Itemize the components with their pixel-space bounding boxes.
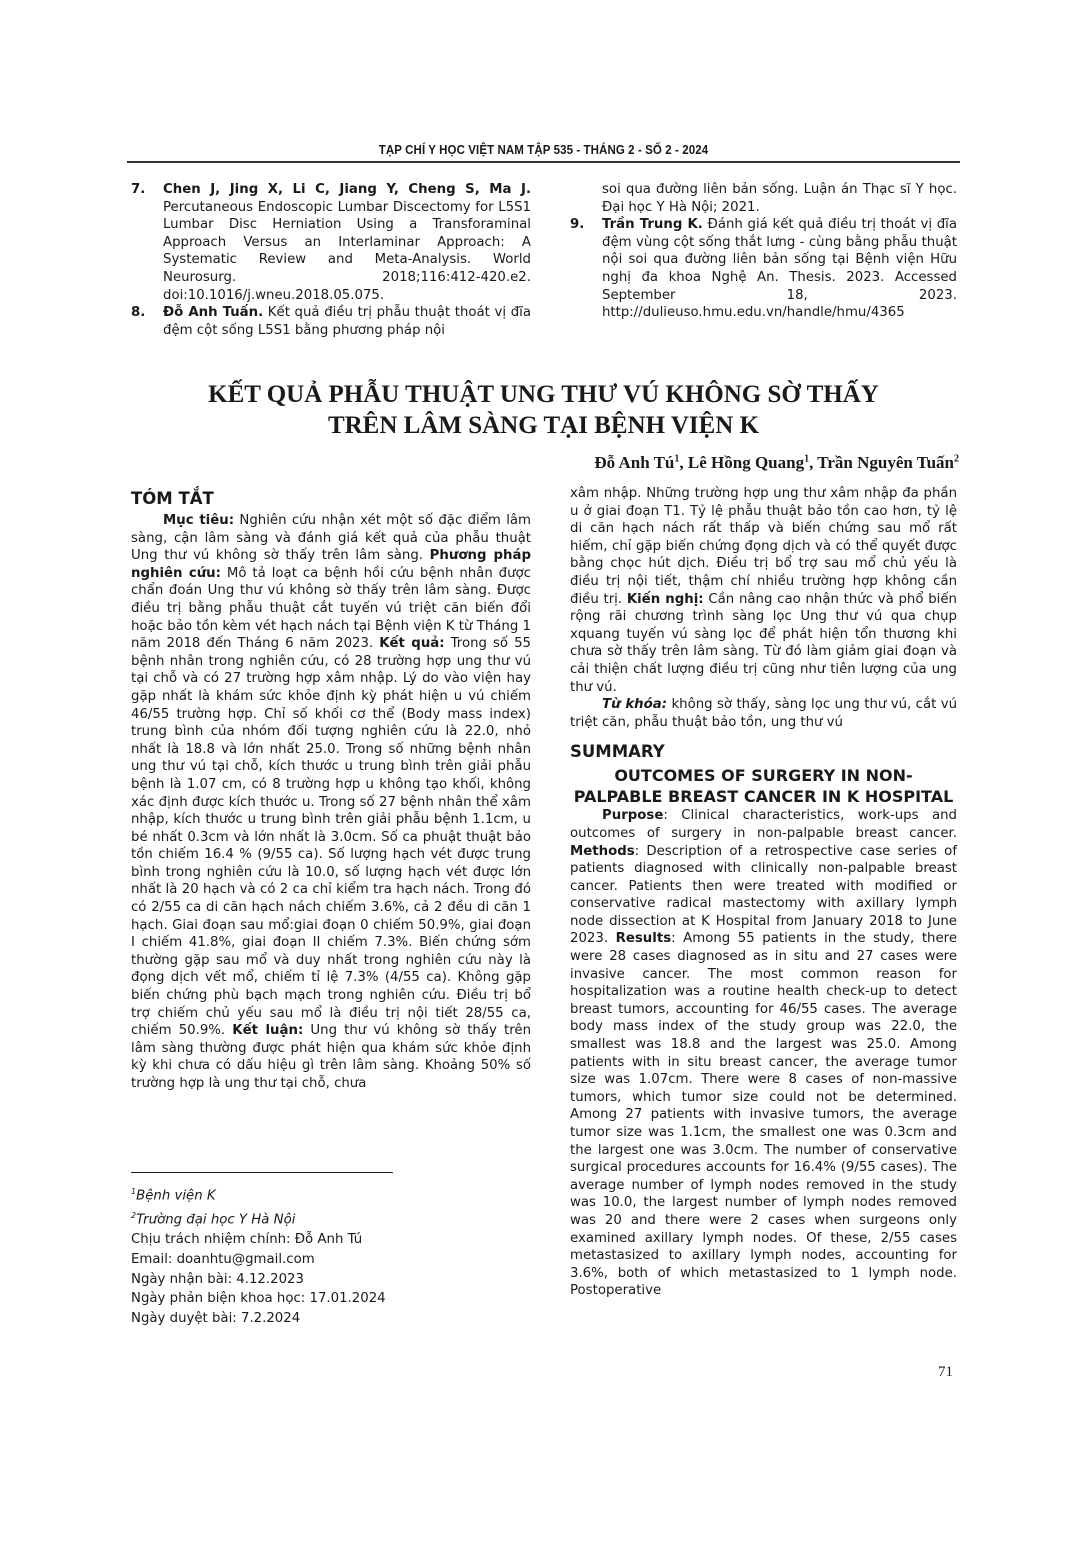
summary-title-line2: PALPABLE BREAST CANCER IN K HOSPITAL <box>570 786 957 807</box>
abstract-heading: TÓM TẮT <box>131 488 531 510</box>
author-affiliation: 2 <box>954 453 959 464</box>
reference-number: 8. <box>131 304 163 339</box>
reference-body: Đỗ Anh Tuấn. Kết quả điều trị phẫu thuật… <box>163 304 531 339</box>
recommendation-text: Cần nâng cao nhận thức và phổ biến rộng … <box>570 592 957 695</box>
affiliation-text: Trường đại học Y Hà Nội <box>136 1213 295 1228</box>
affiliation-2: 2Trường đại học Y Hà Nội <box>131 1206 386 1230</box>
summary-paragraph: Purpose: Clinical characteristics, work-… <box>570 807 957 1300</box>
reference-item: 8. Đỗ Anh Tuấn. Kết quả điều trị phẫu th… <box>131 304 531 339</box>
results-label-en: Results <box>616 931 671 946</box>
author-name: Trần Nguyên Tuấn <box>817 453 954 472</box>
header-rule <box>127 161 960 163</box>
abstract-right: xâm nhập. Những trường hợp ung thư xâm n… <box>570 485 957 1300</box>
abstract-paragraph: Mục tiêu: Nghiên cứu nhận xét một số đặc… <box>131 512 531 1093</box>
author-affiliation: 1 <box>804 453 809 464</box>
journal-header: TẠP CHÍ Y HỌC VIỆT NAM TẬP 535 - THÁNG 2… <box>160 143 926 157</box>
conclusion-label: Kết luận: <box>232 1023 303 1038</box>
affiliation-text: Bệnh viện K <box>136 1188 216 1203</box>
results-text: Trong số 55 bệnh nhân trong nghiên cứu, … <box>131 636 531 1038</box>
purpose-label: Purpose <box>602 808 663 823</box>
email[interactable]: Email: doanhtu@gmail.com <box>131 1250 386 1270</box>
results-label: Kết quả: <box>379 636 444 651</box>
abstract-continuation: xâm nhập. Những trường hợp ung thư xâm n… <box>570 485 957 696</box>
reference-authors: Đỗ Anh Tuấn. <box>163 305 263 320</box>
reference-number: 9. <box>570 216 602 322</box>
objective-label: Mục tiêu: <box>163 513 234 528</box>
page-number: 71 <box>938 1364 953 1381</box>
date-reviewed: Ngày phản biện khoa học: 17.01.2024 <box>131 1289 386 1309</box>
summary-heading: SUMMARY <box>570 741 957 763</box>
summary-title-line1: OUTCOMES OF SURGERY IN NON- <box>570 765 957 786</box>
references-left: 7. Chen J, Jing X, Li C, Jiang Y, Cheng … <box>131 181 531 339</box>
reference-number: 7. <box>131 181 163 304</box>
recommendation-label: Kiến nghị: <box>627 592 704 607</box>
reference-text: Đánh giá kết quả điều trị thoát vị đĩa đ… <box>602 217 957 320</box>
reference-authors: Chen J, Jing X, Li C, Jiang Y, Cheng S, … <box>163 182 531 197</box>
reference-item: 7. Chen J, Jing X, Li C, Jiang Y, Cheng … <box>131 181 531 304</box>
date-received: Ngày nhận bài: 4.12.2023 <box>131 1270 386 1290</box>
results-text-en: : Among 55 patients in the study, there … <box>570 931 957 1298</box>
footnote-rule <box>131 1172 393 1173</box>
abstract-vi-left: TÓM TẮT Mục tiêu: Nghiên cứu nhận xét mộ… <box>131 488 531 1093</box>
reference-text: Percutaneous Endoscopic Lumbar Discectom… <box>163 200 531 303</box>
affiliation-1: 1Bệnh viện K <box>131 1182 386 1206</box>
reference-authors: Trần Trung K. <box>602 217 703 232</box>
article-title: KẾT QUẢ PHẪU THUẬT UNG THƯ VÚ KHÔNG SỜ T… <box>127 379 960 441</box>
methods-label-en: Methods <box>570 844 635 859</box>
reference-continuation: soi qua đường liên bản sống. Luận án Thạ… <box>570 181 957 216</box>
corresponding-author: Chịu trách nhiệm chính: Đỗ Anh Tú <box>131 1230 386 1250</box>
reference-body: Chen J, Jing X, Li C, Jiang Y, Cheng S, … <box>163 181 531 304</box>
author-name: Đỗ Anh Tú <box>594 453 674 472</box>
summary-title: OUTCOMES OF SURGERY IN NON- PALPABLE BRE… <box>570 765 957 807</box>
keywords: Từ khóa: không sờ thấy, sàng lọc ung thư… <box>570 696 957 731</box>
conclusion-continuation: xâm nhập. Những trường hợp ung thư xâm n… <box>570 486 957 607</box>
reference-body: Trần Trung K. Đánh giá kết quả điều trị … <box>602 216 957 322</box>
date-accepted: Ngày duyệt bài: 7.2.2024 <box>131 1309 386 1329</box>
article-title-line2: TRÊN LÂM SÀNG TẠI BỆNH VIỆN K <box>127 410 960 441</box>
keywords-label: Từ khóa: <box>602 697 667 712</box>
article-authors: Đỗ Anh Tú1, Lê Hồng Quang1, Trần Nguyên … <box>594 453 959 473</box>
article-title-line1: KẾT QUẢ PHẪU THUẬT UNG THƯ VÚ KHÔNG SỜ T… <box>127 379 960 410</box>
footnotes: 1Bệnh viện K 2Trường đại học Y Hà Nội Ch… <box>131 1182 386 1329</box>
reference-item: 9. Trần Trung K. Đánh giá kết quả điều t… <box>570 216 957 322</box>
author-name: Lê Hồng Quang <box>688 453 804 472</box>
author-affiliation: 1 <box>674 453 679 464</box>
references-right: soi qua đường liên bản sống. Luận án Thạ… <box>570 181 957 322</box>
